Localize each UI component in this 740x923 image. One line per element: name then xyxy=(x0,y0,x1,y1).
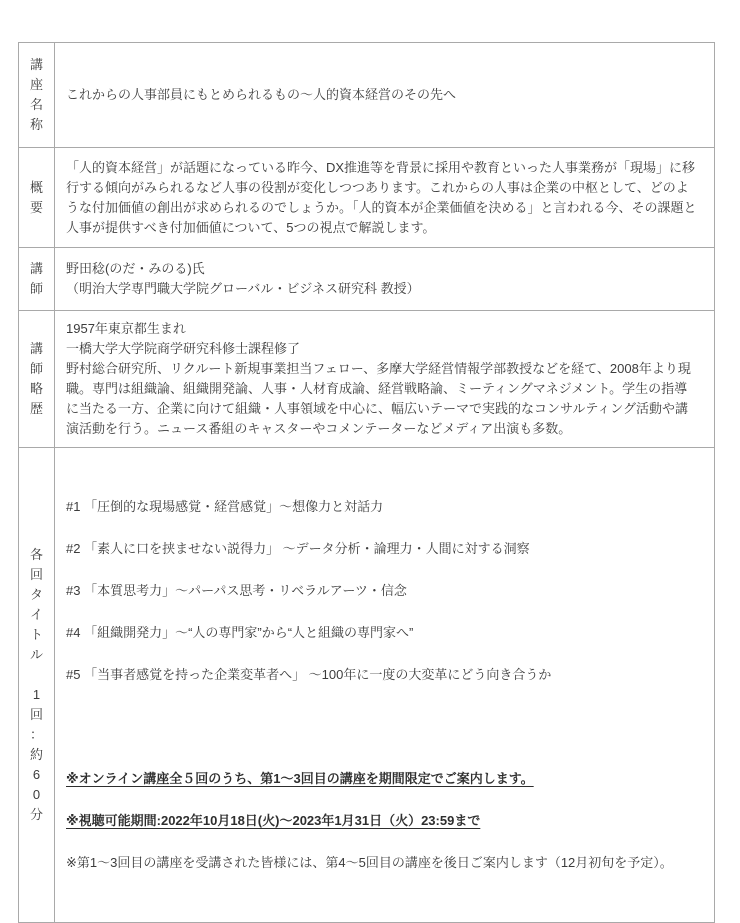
session-title-3: #3 「本質思考力」〜パーパス思考・リベラルアーツ・信念 xyxy=(66,580,700,602)
row-label-session-titles: 各 回 タ イ ト ル 1 回 ： 約 6 0 分 xyxy=(19,448,55,923)
table-row-lecturer-bio: 講 師 略 歴 1957年東京都生まれ 一橋大学大学院商学研究科修士課程修了 野… xyxy=(19,311,715,448)
session-title-1: #1 「圧倒的な現場感覚・経営感覚」〜想像力と対話力 xyxy=(66,496,700,518)
row-label-lecturer: 講 師 xyxy=(19,248,55,311)
table-row-lecturer: 講 師 野田稔(のだ・みのる)氏 （明治大学専門職大学院グローバル・ビジネス研究… xyxy=(19,248,715,311)
session-title-5: #5 「当事者感覚を持った企業変革者へ」 〜100年に一度の大変革にどう向き合う… xyxy=(66,664,700,686)
note-viewing-period: ※視聴可能期間:2022年10月18日(火)〜2023年1月31日（火）23:5… xyxy=(66,810,700,832)
session-titles-cell: #1 「圧倒的な現場感覚・経営感覚」〜想像力と対話力 #2 「素人に口を挟ませな… xyxy=(55,448,715,923)
row-label-lecturer-bio: 講 師 略 歴 xyxy=(19,311,55,448)
lecturer-value: 野田稔(のだ・みのる)氏 （明治大学専門職大学院グローバル・ビジネス研究科 教授… xyxy=(55,248,715,311)
session-title-list: #1 「圧倒的な現場感覚・経営感覚」〜想像力と対話力 #2 「素人に口を挟ませな… xyxy=(66,476,700,706)
session-title-4: #4 「組織開発力」〜“人の専門家”から“人と組織の専門家へ” xyxy=(66,622,700,644)
table-row-overview: 概 要 「人的資本経営」が話題になっている昨今、DX推進等を背景に採用や教育とい… xyxy=(19,148,715,248)
session-title-2: #2 「素人に口を挟ませない説得力」 〜データ分析・論理力・人間に対する洞察 xyxy=(66,538,700,560)
row-label-course-name: 講 座 名 称 xyxy=(19,43,55,148)
notes-block: ※オンライン講座全５回のうち、第1〜3回目の講座を期間限定でご案内します。 ※視… xyxy=(66,748,700,894)
lecturer-bio-value: 1957年東京都生まれ 一橋大学大学院商学研究科修士課程修了 野村総合研究所、リ… xyxy=(55,311,715,448)
table-row-session-titles: 各 回 タ イ ト ル 1 回 ： 約 6 0 分 #1 「圧倒的な現場感覚・経… xyxy=(19,448,715,923)
course-name-value: これからの人事部員にもとめられるもの〜人的資本経営のその先へ xyxy=(55,43,715,148)
table-row-course-name: 講 座 名 称 これからの人事部員にもとめられるもの〜人的資本経営のその先へ xyxy=(19,43,715,148)
course-info-table: 講 座 名 称 これからの人事部員にもとめられるもの〜人的資本経営のその先へ 概… xyxy=(18,42,715,923)
row-label-overview: 概 要 xyxy=(19,148,55,248)
note-limited-offer: ※オンライン講座全５回のうち、第1〜3回目の講座を期間限定でご案内します。 xyxy=(66,768,700,790)
note-followup-sessions: ※第1〜3回目の講座を受講された皆様には、第4〜5回目の講座を後日ご案内します（… xyxy=(66,852,700,874)
overview-value: 「人的資本経営」が話題になっている昨今、DX推進等を背景に採用や教育といった人事… xyxy=(55,148,715,248)
